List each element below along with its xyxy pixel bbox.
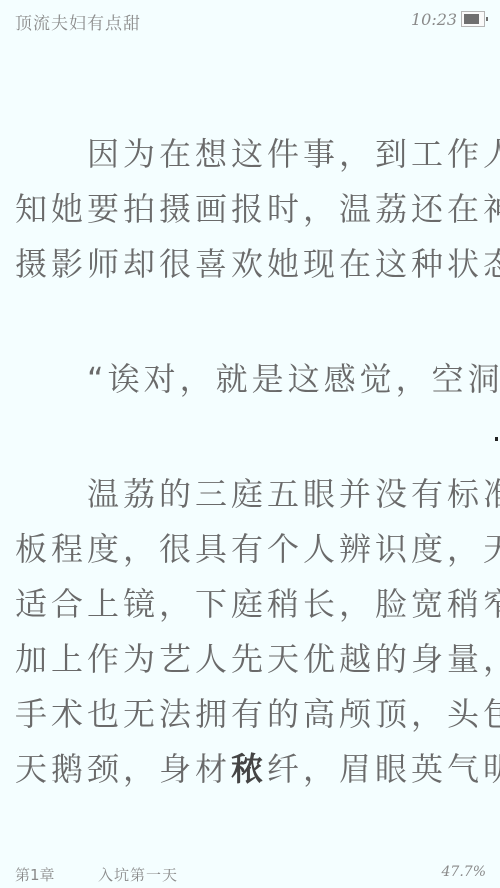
chapter-number: 第1章 xyxy=(15,864,55,885)
text-line: 因为在想这件事，到工作人员通 xyxy=(15,127,490,182)
paragraph: 温荔的三庭五眼并没有标准到模 板程度，很具有个人辨识度，天生就 适合上镜，下庭稍… xyxy=(15,467,490,797)
paragraph-gap xyxy=(15,407,490,467)
reading-progress: 47.7% xyxy=(442,864,486,880)
clock: 10:23 xyxy=(411,10,457,29)
battery-level xyxy=(464,14,479,24)
text-line: 手术也无法拥有的高颅顶，头包脸， xyxy=(15,687,490,742)
battery-terminal xyxy=(486,17,488,21)
paragraph-gap xyxy=(15,292,490,352)
text-line: 适合上镜，下庭稍长，脸宽稍窄，再 xyxy=(15,577,490,632)
text-segment: 天鹅颈，身材 xyxy=(15,750,231,788)
chapter-name: 入坑第一天 xyxy=(98,864,178,885)
text-line: 温荔的三庭五眼并没有标准到模 xyxy=(15,467,490,522)
text-line: 摄影师却很喜欢她现在这种状态。 xyxy=(15,237,490,292)
page-indicator-dot xyxy=(495,437,498,441)
text-line: “诶对，就是这感觉，空洞。” xyxy=(15,352,490,407)
paragraph: “诶对，就是这感觉，空洞。” xyxy=(15,352,490,407)
text-segment: 纤，眉眼英气明艳， xyxy=(267,750,500,788)
battery-icon xyxy=(461,11,485,27)
text-line: 知她要拍摄画报时，温荔还在神游， xyxy=(15,182,490,237)
paragraph: 因为在想这件事，到工作人员通 知她要拍摄画报时，温荔还在神游， 摄影师却很喜欢她… xyxy=(15,127,490,292)
book-title: 顶流夫妇有点甜 xyxy=(15,9,141,34)
status-bar: 顶流夫妇有点甜 10:23 xyxy=(0,0,500,40)
highlighted-character[interactable]: 秾 xyxy=(231,750,267,788)
text-line: 天鹅颈，身材秾纤，眉眼英气明艳， xyxy=(15,742,490,797)
text-line: 加上作为艺人先天优越的身量，后天 xyxy=(15,632,490,687)
text-line: 板程度，很具有个人辨识度，天生就 xyxy=(15,522,490,577)
footer-bar: 第1章 入坑第一天 47.7% xyxy=(0,855,500,888)
reading-content[interactable]: 因为在想这件事，到工作人员通 知她要拍摄画报时，温荔还在神游， 摄影师却很喜欢她… xyxy=(15,127,490,797)
